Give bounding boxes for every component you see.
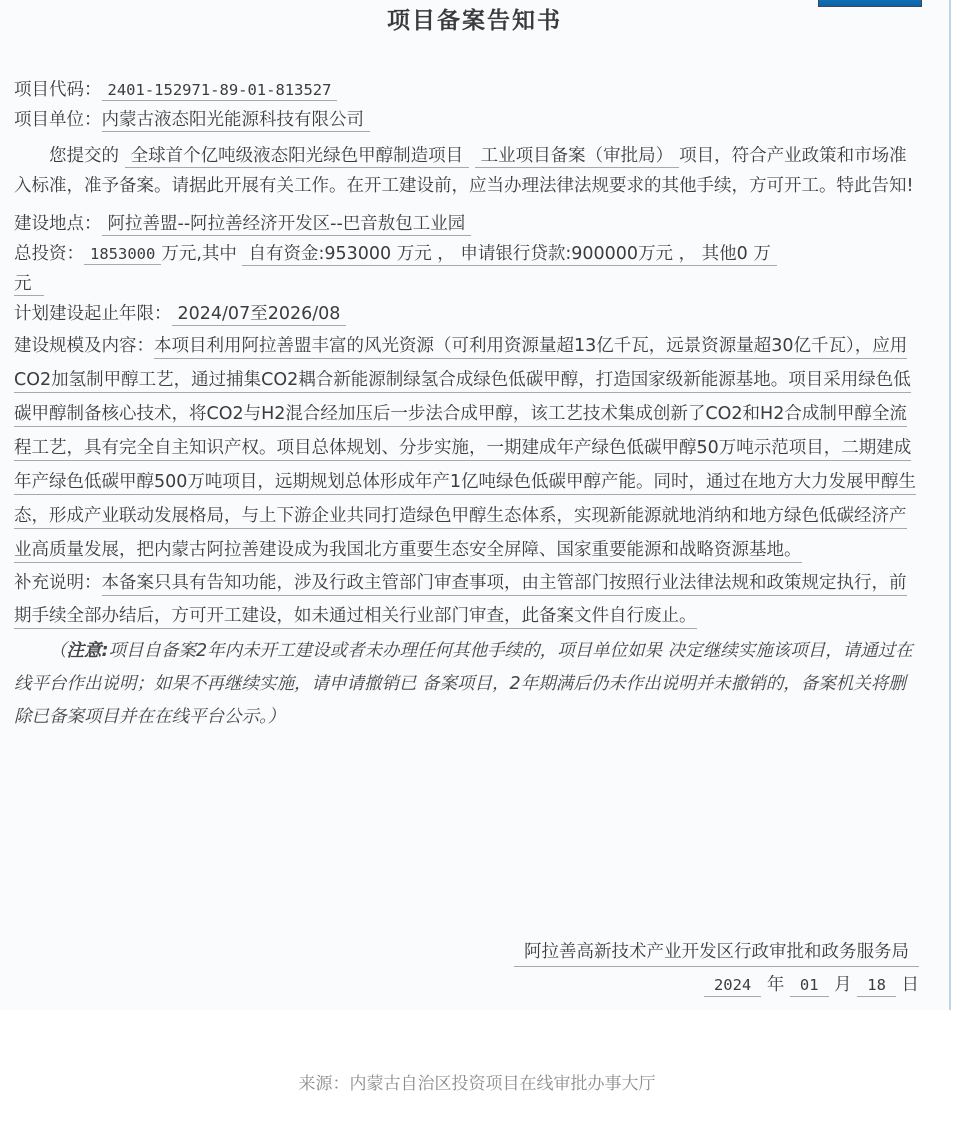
date-day: 18 bbox=[857, 976, 896, 997]
scale-label: 建设规模及内容： bbox=[14, 336, 154, 356]
date-year-label: 年 bbox=[767, 975, 785, 995]
issuing-authority: 阿拉善高新技术产业开发区行政审批和政务服务局 bbox=[514, 938, 919, 967]
period-value: 2024/07至2026/08 bbox=[172, 304, 347, 326]
date-month: 01 bbox=[790, 976, 829, 997]
period-label: 计划建设起止年限： bbox=[14, 304, 172, 324]
supplement-label: 补充说明： bbox=[14, 573, 102, 593]
scale-content: 本项目利用阿拉善盟丰富的风光资源（可利用资源量超13亿千瓦，远景资源量超30亿千… bbox=[14, 336, 916, 563]
document-body: 项目代码：2401-152971-89-01-813527 项目单位：内蒙古液态… bbox=[14, 75, 922, 734]
intro-prefix: 您提交的 bbox=[49, 146, 119, 166]
investment-row: 总投资：1853000万元,其中 自有资金:953000 万元 ， 申请银行贷款… bbox=[14, 239, 922, 299]
investment-label: 总投资： bbox=[14, 244, 84, 264]
notice-text: 项目自备案2年内未开工建设或者未办理任何其他手续的，项目单位如果 决定继续实施该… bbox=[14, 641, 913, 727]
project-type: 工业项目备案（审批局） bbox=[475, 146, 680, 168]
project-code-label: 项目代码： bbox=[14, 80, 102, 100]
document-title: 项目备案告知书 bbox=[0, 2, 949, 35]
project-unit-value: 内蒙古液态阳光能源科技有限公司 bbox=[102, 110, 371, 132]
supplement-section: 补充说明：本备案只具有告知功能，涉及行政主管部门审查事项，由主管部门按照行业法律… bbox=[14, 567, 922, 633]
notice-section: （注意:项目自备案2年内未开工建设或者未办理任何其他手续的，项目单位如果 决定继… bbox=[14, 635, 922, 734]
investment-unit: 万元,其中 bbox=[161, 244, 237, 264]
investment-detail: 自有资金:953000 万元 ， 申请银行贷款:900000万元 ， 其他0 万 bbox=[242, 244, 776, 266]
source-caption: 来源：内蒙古自治区投资项目在线审批办事大厅 bbox=[0, 1069, 954, 1094]
project-name: 全球首个亿吨级液态阳光绿色甲醇制造项目 bbox=[125, 146, 470, 168]
intro-paragraph: 您提交的 全球首个亿吨级液态阳光绿色甲醇制造项目 工业项目备案（审批局）项目，符… bbox=[14, 141, 922, 201]
issue-date: 2024 年 01 月 18 日 bbox=[514, 971, 919, 996]
notice-label: 注意: bbox=[67, 641, 109, 661]
investment-tail: 元 bbox=[14, 274, 44, 296]
notice-open: （ bbox=[49, 641, 67, 661]
date-month-label: 月 bbox=[834, 975, 852, 995]
signature-block: 阿拉善高新技术产业开发区行政审批和政务服务局 2024 年 01 月 18 日 bbox=[514, 938, 919, 996]
project-unit-label: 项目单位： bbox=[14, 110, 102, 130]
location-row: 建设地点：阿拉善盟--阿拉善经济开发区--巴音敖包工业园 bbox=[14, 209, 922, 239]
investment-total: 1853000 bbox=[84, 245, 161, 265]
location-value: 阿拉善盟--阿拉善经济开发区--巴音敖包工业园 bbox=[102, 214, 472, 236]
scale-section: 建设规模及内容：本项目利用阿拉善盟丰富的风光资源（可利用资源量超13亿千瓦，远景… bbox=[14, 329, 922, 567]
date-day-label: 日 bbox=[902, 975, 920, 995]
project-code-value: 2401-152971-89-01-813527 bbox=[102, 81, 338, 101]
location-label: 建设地点： bbox=[14, 214, 102, 234]
period-row: 计划建设起止年限：2024/07至2026/08 bbox=[14, 299, 922, 329]
date-year: 2024 bbox=[704, 976, 761, 997]
supplement-content: 本备案只具有告知功能，涉及行政主管部门审查事项，由主管部门按照行业法律法规和政策… bbox=[14, 573, 907, 629]
document-panel: 项目备案告知书 项目代码：2401-152971-89-01-813527 项目… bbox=[0, 0, 951, 1010]
project-code-row: 项目代码：2401-152971-89-01-813527 bbox=[14, 75, 922, 105]
project-unit-row: 项目单位：内蒙古液态阳光能源科技有限公司 bbox=[14, 105, 922, 135]
